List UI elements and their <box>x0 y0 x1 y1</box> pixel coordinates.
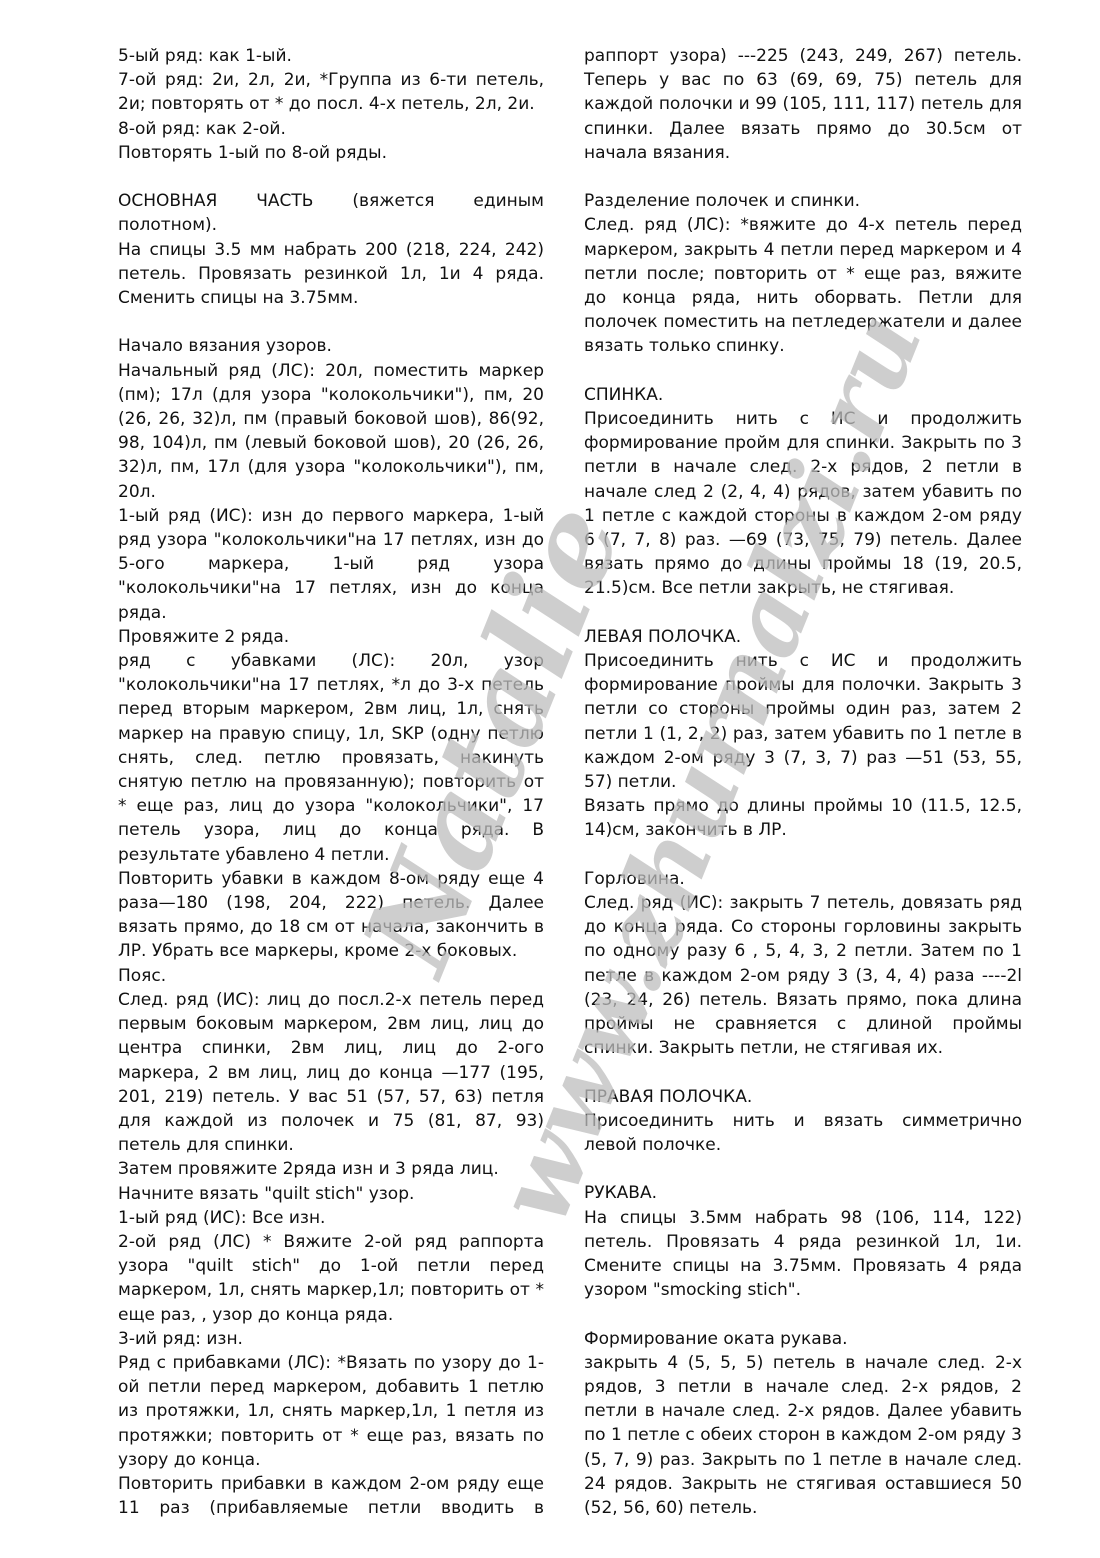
paragraph-spacer <box>118 310 544 334</box>
paragraph: 3-ий ряд: изн. <box>118 1327 544 1351</box>
paragraph: Присоединить нить с ИС и продолжить форм… <box>584 649 1022 794</box>
paragraph-spacer <box>584 1302 1022 1326</box>
paragraph: Начало вязания узоров. <box>118 334 544 358</box>
paragraph: 5-ый ряд: как 1-ый. <box>118 44 544 68</box>
paragraph: Затем провяжите 2ряда изн и 3 ряда лиц. <box>118 1157 544 1181</box>
paragraph: Повторить прибавки в каждом 2-ом ряду ещ… <box>118 1472 544 1520</box>
paragraph: Формирование оката рукава. <box>584 1327 1022 1351</box>
paragraph: ЛЕВАЯ ПОЛОЧКА. <box>584 625 1022 649</box>
paragraph: След. ряд (ЛС): *вяжите до 4-х петель пе… <box>584 213 1022 358</box>
right-text-column: раппорт узора) ---225 (243, 249, 267) пе… <box>584 44 1022 1520</box>
paragraph-spacer <box>584 843 1022 867</box>
paragraph: закрыть 4 (5, 5, 5) петель в начале след… <box>584 1351 1022 1520</box>
paragraph: ряд с убавками (ЛС): 20л, узор "колоколь… <box>118 649 544 867</box>
paragraph: Пояс. <box>118 964 544 988</box>
paragraph: Присоединить нить с ИС и продолжить форм… <box>584 407 1022 601</box>
paragraph-spacer <box>584 1157 1022 1181</box>
paragraph: Вязать прямо до длины проймы 10 (11.5, 1… <box>584 794 1022 842</box>
paragraph: Провяжите 2 ряда. <box>118 625 544 649</box>
paragraph: Повторять 1-ый по 8-ой ряды. <box>118 141 544 165</box>
paragraph: Ряд с прибавками (ЛС): *Вязать по узору … <box>118 1351 544 1472</box>
paragraph: На спицы 3.5мм набрать 98 (106, 114, 122… <box>584 1206 1022 1303</box>
paragraph: След. ряд (ИС): закрыть 7 петель, довяза… <box>584 891 1022 1060</box>
document-page: 5-ый ряд: как 1-ый.7-ой ряд: 2и, 2л, 2и,… <box>0 0 1100 1558</box>
paragraph: Начальный ряд (ЛС): 20л, поместить марке… <box>118 359 544 504</box>
paragraph-spacer <box>584 165 1022 189</box>
paragraph-spacer <box>584 601 1022 625</box>
paragraph-spacer <box>584 1060 1022 1084</box>
paragraph: 7-ой ряд: 2и, 2л, 2и, *Группа из 6-ти пе… <box>118 68 544 116</box>
paragraph: Присоединить нить и вязать симметрично л… <box>584 1109 1022 1157</box>
paragraph: СПИНКА. <box>584 383 1022 407</box>
paragraph: 2-ой ряд (ЛС) * Вяжите 2-ой ряд раппорта… <box>118 1230 544 1327</box>
paragraph-spacer <box>118 165 544 189</box>
paragraph: 1-ый ряд (ИС): Все изн. <box>118 1206 544 1230</box>
paragraph: Повторить убавки в каждом 8-ом ряду еще … <box>118 867 544 964</box>
paragraph: РУКАВА. <box>584 1181 1022 1205</box>
paragraph: На спицы 3.5 мм набрать 200 (218, 224, 2… <box>118 238 544 311</box>
paragraph: 1-ый ряд (ИС): изн до первого маркера, 1… <box>118 504 544 625</box>
paragraph: ОСНОВНАЯ ЧАСТЬ (вяжется единым полотном)… <box>118 189 544 237</box>
paragraph-spacer <box>584 359 1022 383</box>
left-text-column: 5-ый ряд: как 1-ый.7-ой ряд: 2и, 2л, 2и,… <box>118 44 544 1520</box>
paragraph: Начните вязать "quilt stich" узор. <box>118 1182 544 1206</box>
paragraph: ПРАВАЯ ПОЛОЧКА. <box>584 1085 1022 1109</box>
paragraph: 8-ой ряд: как 2-ой. <box>118 117 544 141</box>
paragraph: Разделение полочек и спинки. <box>584 189 1022 213</box>
paragraph: раппорт узора) ---225 (243, 249, 267) пе… <box>584 44 1022 165</box>
paragraph: Горловина. <box>584 867 1022 891</box>
paragraph: След. ряд (ИС): лиц до посл.2-х петель п… <box>118 988 544 1157</box>
